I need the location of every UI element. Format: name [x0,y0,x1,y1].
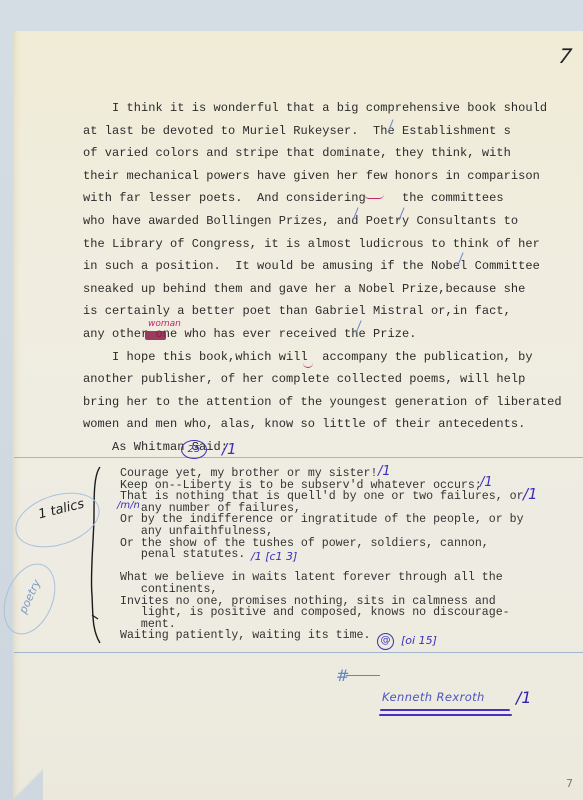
prose-line: who have awarded Bollingen Prizes, and P… [83,210,573,233]
indent-mark: /m/n [117,500,140,511]
poem-line: any unfaithfulness, [120,526,524,538]
whitman-quote: Courage yet, my brother or my sister!Kee… [120,468,524,642]
prose-line: at last be devoted to Muriel Rukeyser. T… [83,120,573,143]
line-mark: /1 [523,485,538,503]
circled-number: 25 [181,440,207,459]
brace-mark [88,465,102,645]
hash-line [346,675,380,676]
signature-underline [379,714,512,716]
inserted-word-annotation: woman [148,319,181,329]
prose-line: bring her to the attention of the younge… [83,391,573,414]
poem-line: Waiting patiently, waiting its time. [120,630,524,642]
whitman-mark: /1 [222,440,237,458]
signature-mark: /1 [516,688,532,707]
prose-line: in such a position. It would be amusing … [83,255,573,278]
stanza-end-mark: /1 [c1 3] [251,550,297,563]
prose-line: I hope this book,which will accompany th… [83,346,573,369]
poem-line: penal statutes. [120,549,524,561]
prose-line: sneaked up behind them and gave her a No… [83,278,573,301]
signature: Kenneth Rexroth [382,690,485,704]
prose-line: with far lesser poets. And considering t… [83,187,573,210]
prose-line: I think it is wonderful that a big compr… [83,97,573,120]
prose-line: another publisher, of her complete colle… [83,368,573,391]
poem-line: light, is positive and composed, knows n… [120,607,524,619]
at-circle-mark: @ [377,633,394,650]
prose-body: I think it is wonderful that a big compr… [83,97,573,459]
prose-line: their mechanical powers have given her f… [83,165,573,188]
rule-bottom [14,652,583,653]
prose-line: of varied colors and stripe that dominat… [83,142,573,165]
deletion-mark [364,194,384,199]
prose-line: the Library of Congress, it is almost lu… [83,233,573,256]
prose-line: As Whitman Said: [83,436,573,459]
prose-line: women and men who, alas, know so little … [83,413,573,436]
stanza-end-mark: [oi 15] [401,634,437,647]
line-mark: /1 [480,475,493,490]
strikethrough-mark [145,331,166,340]
poem-line: Courage yet, my brother or my sister! [120,468,524,480]
poem-line: continents, [120,584,524,596]
line-mark: /1 [378,464,391,479]
rule-top [14,457,583,458]
page-number-bottom: 7 [566,777,573,790]
signature-underline [380,709,510,711]
